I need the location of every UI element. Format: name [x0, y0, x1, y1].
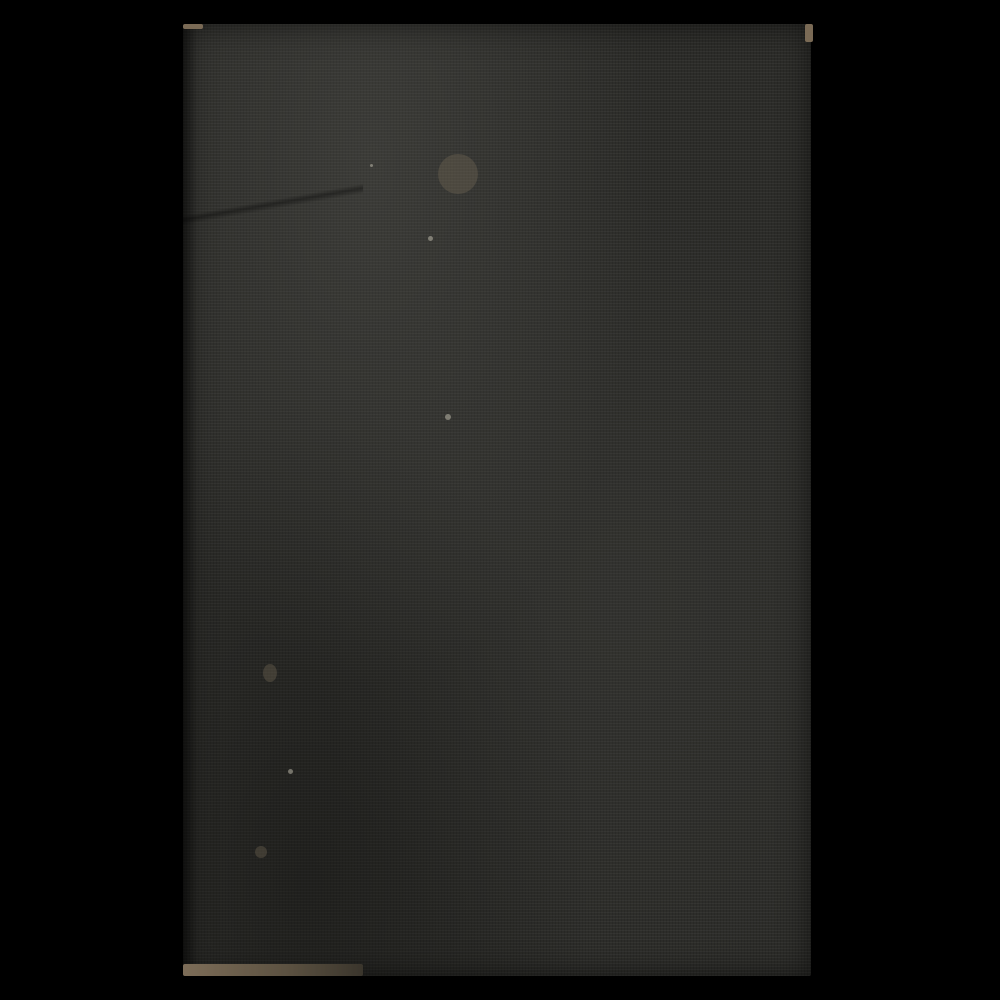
photo-stage [0, 0, 1000, 1000]
worn-edge-bottom-left [183, 964, 363, 976]
book-cover [183, 24, 811, 976]
speck [428, 236, 433, 241]
stain [255, 846, 267, 858]
stain [438, 154, 478, 194]
speck [288, 769, 293, 774]
spine-crease [183, 24, 197, 976]
speck [370, 164, 373, 167]
stain [263, 664, 277, 682]
worn-corner-top-right [805, 24, 813, 42]
speck [445, 414, 451, 420]
cloth-fold [183, 174, 363, 234]
worn-corner-top-left [183, 24, 203, 29]
